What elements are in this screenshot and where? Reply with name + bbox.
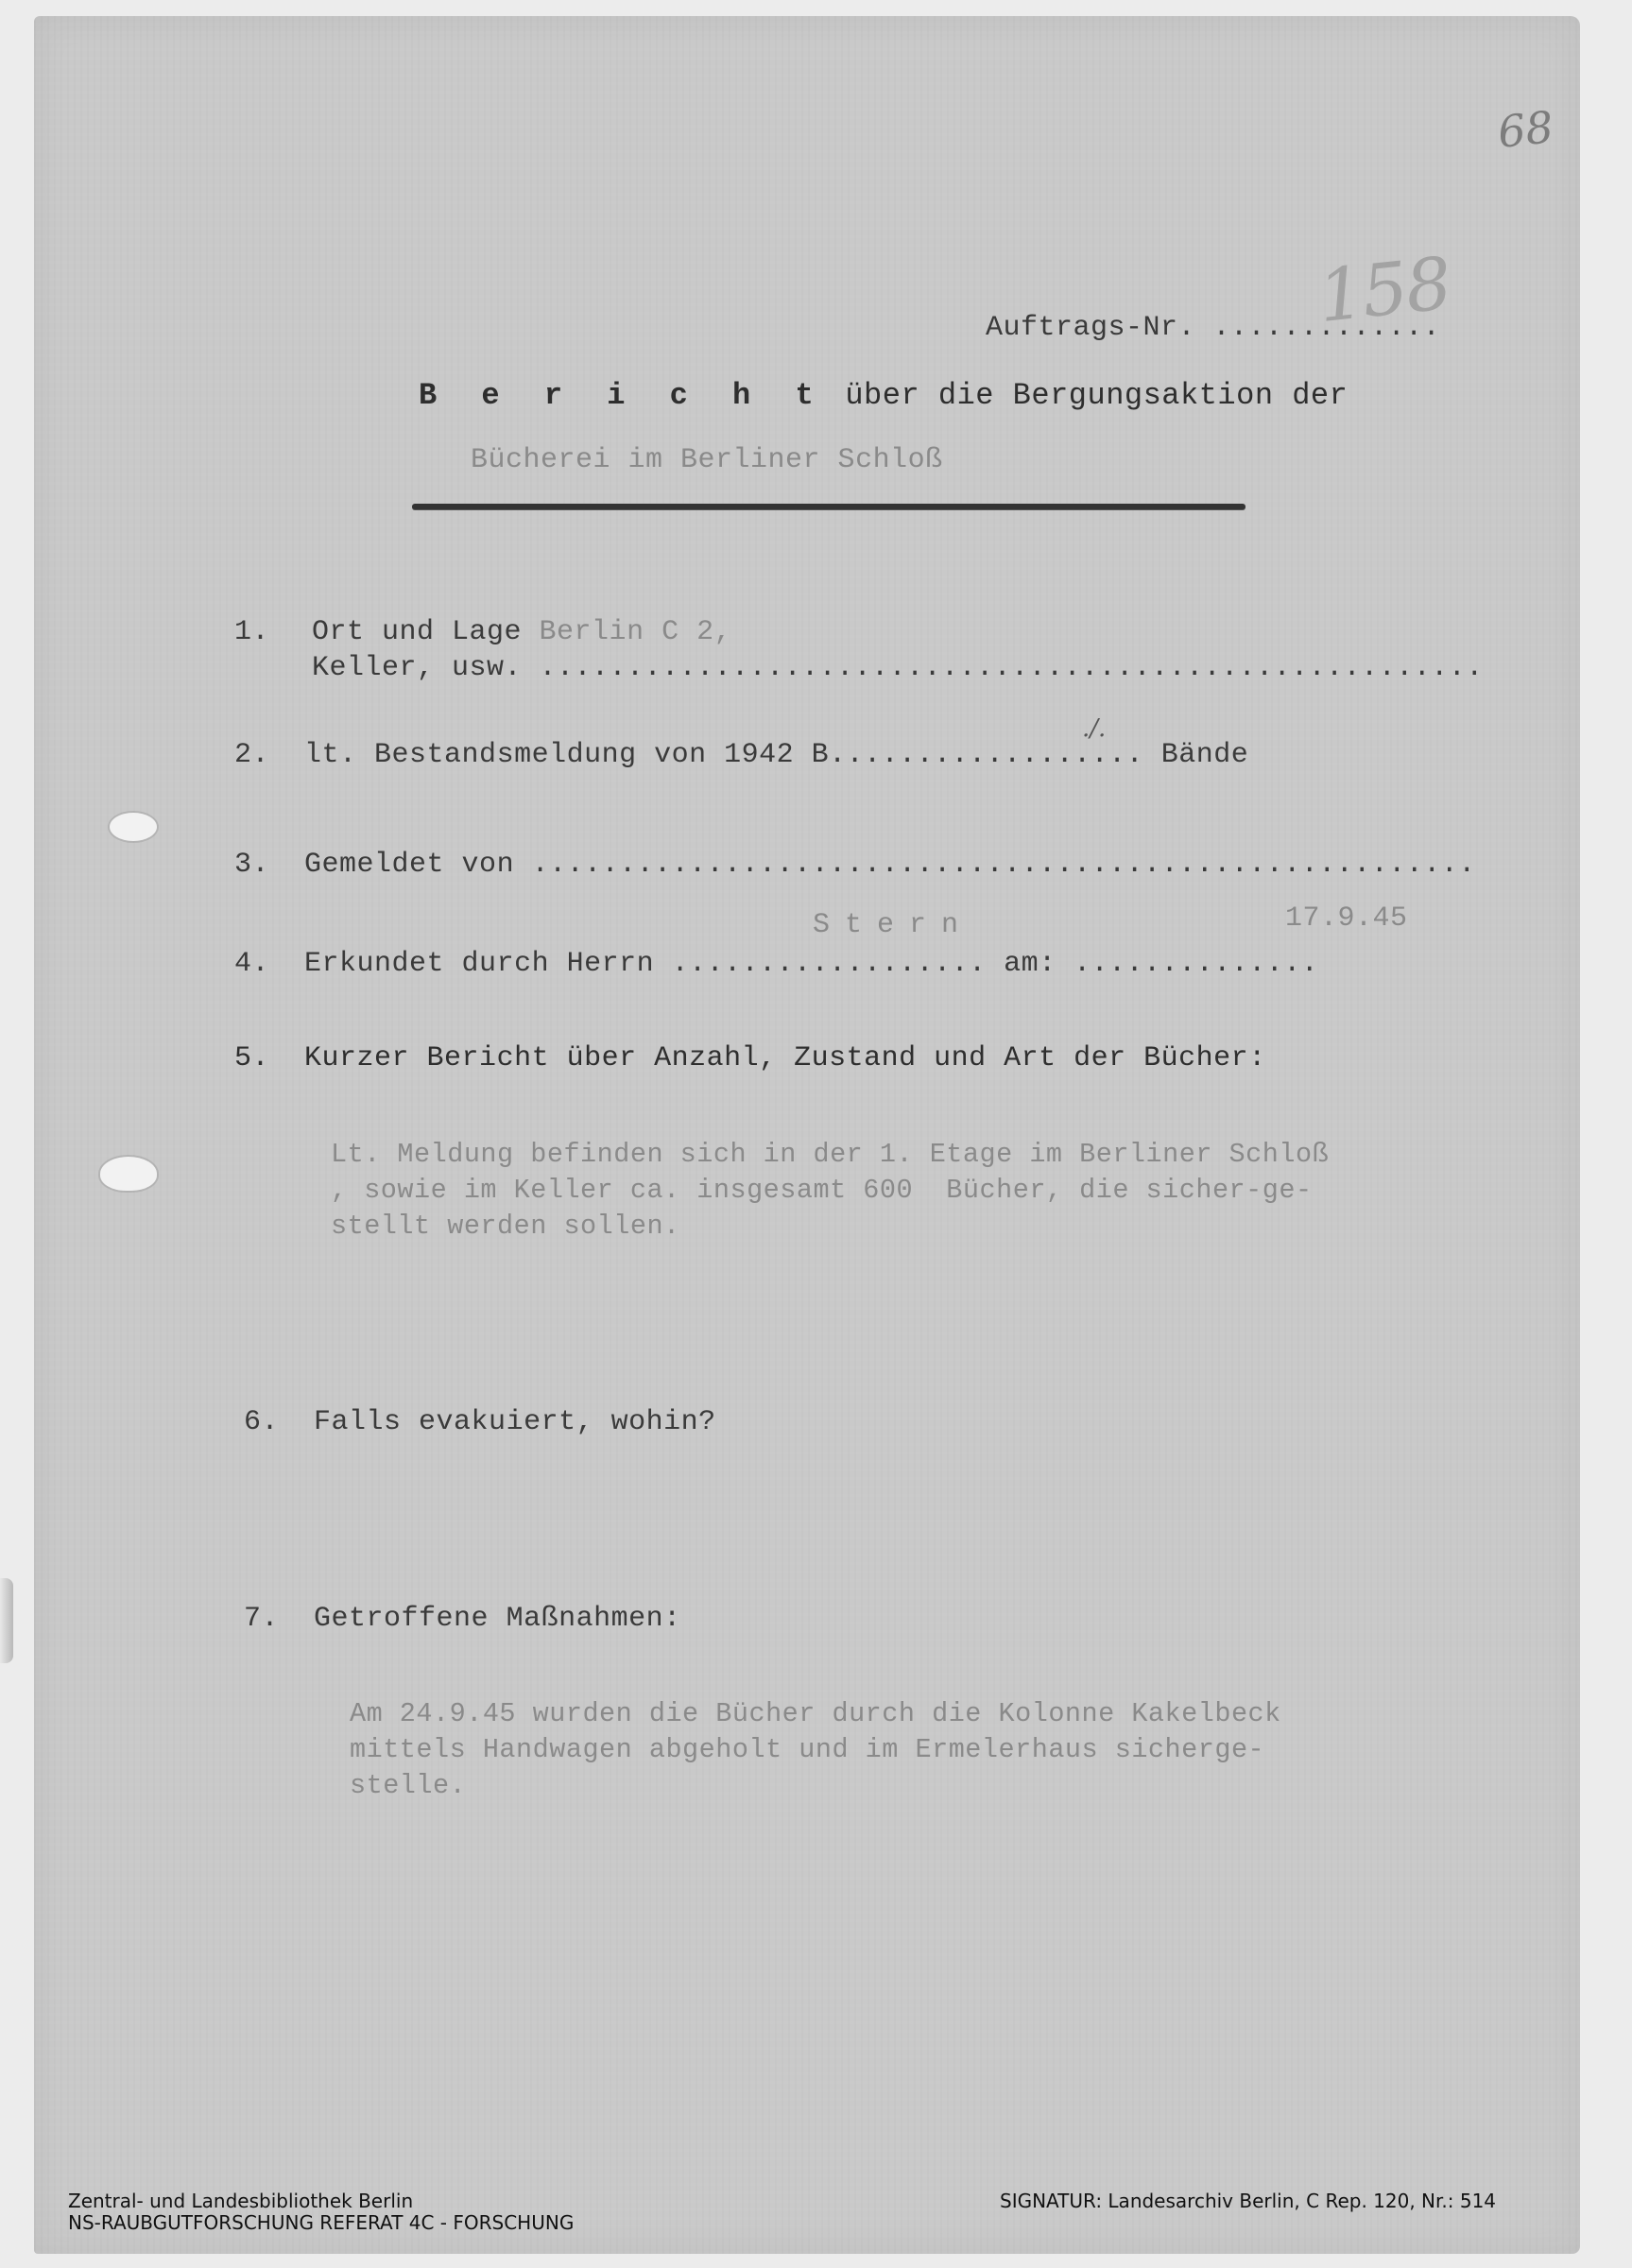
item-6: 6. Falls evakuiert, wohin?	[244, 1406, 716, 1438]
item-5-body-line: Lt. Meldung befinden sich in der 1. Etag…	[331, 1137, 1329, 1173]
item-5-body-line: , sowie im Keller ca. insgesamt 600 Büch…	[331, 1173, 1329, 1209]
item-2-label: lt. Bestandsmeldung von 1942 B	[304, 739, 829, 771]
page-edge-mark	[0, 1578, 13, 1663]
item-7-body-line: mittels Handwagen abgeholt und im Ermele…	[350, 1732, 1281, 1768]
item-4-fill: ..................	[672, 948, 987, 980]
item-2-fill: ..................	[829, 739, 1143, 771]
item-6-number: 6.	[244, 1406, 279, 1438]
footer-department: NS-RAUBGUTFORSCHUNG REFERAT 4C - FORSCHU…	[68, 2212, 574, 2234]
item-2-suffix: Bände	[1143, 739, 1248, 771]
item-5: 5. Kurzer Bericht über Anzahl, Zustand u…	[234, 1042, 1266, 1074]
item-3-label: Gemeldet von	[304, 849, 532, 881]
item-1-label: Ort und Lage	[312, 616, 522, 648]
item-4-value-date: 17.9.45	[1285, 902, 1408, 935]
item-3: 3. Gemeldet von ........................…	[234, 849, 1476, 881]
report-title-spaced: B e r i c h t	[419, 378, 827, 413]
item-7-body-line: Am 24.9.45 wurden die Bücher durch die K…	[350, 1696, 1281, 1732]
item-4: 4. Erkundet durch Herrn ................…	[234, 948, 1318, 980]
item-7-number: 7.	[244, 1603, 279, 1635]
item-5-body-line: stellt werden sollen.	[331, 1209, 1329, 1245]
item-1-fill: ........................................…	[540, 652, 1484, 684]
footer-institution: Zentral- und Landesbibliothek BerlinNS-R…	[68, 2191, 574, 2234]
item-1-line-2: Keller, usw. ...........................…	[312, 652, 1484, 684]
item-4-date-fill: ..............	[1074, 948, 1318, 980]
item-3-fill: ........................................…	[532, 849, 1476, 881]
item-4-label: Erkundet durch Herrn	[304, 948, 672, 980]
report-title: B e r i c h t über die Bergungsaktion de…	[419, 378, 1348, 413]
scanned-document-page	[34, 16, 1580, 2254]
item-7: 7. Getroffene Maßnahmen:	[244, 1603, 681, 1635]
item-2: 2. lt. Bestandsmeldung von 1942 B.......…	[234, 739, 1248, 771]
item-6-label: Falls evakuiert, wohin?	[314, 1406, 716, 1438]
item-7-body-line: stelle.	[350, 1768, 1281, 1804]
item-5-label: Kurzer Bericht über Anzahl, Zustand und …	[304, 1042, 1266, 1074]
item-7-label: Getroffene Maßnahmen:	[314, 1603, 681, 1635]
item-3-number: 3.	[234, 849, 269, 881]
report-subtitle: Bücherei im Berliner Schloß	[471, 444, 943, 476]
item-5-number: 5.	[234, 1042, 269, 1074]
item-1-line-1: Ort und Lage Berlin C 2,	[312, 616, 731, 648]
item-5-body: Lt. Meldung befinden sich in der 1. Etag…	[331, 1137, 1329, 1245]
footer-institution-name: Zentral- und Landesbibliothek Berlin	[68, 2191, 574, 2212]
punch-hole	[110, 813, 157, 841]
item-7-body: Am 24.9.45 wurden die Bücher durch die K…	[350, 1696, 1281, 1804]
item-4-number: 4.	[234, 948, 269, 980]
item-1-label-line-2: Keller, usw.	[312, 652, 540, 684]
report-title-rest: über die Bergungsaktion der	[827, 378, 1349, 413]
punch-hole	[100, 1157, 157, 1191]
item-4-date-label: am:	[987, 948, 1074, 980]
handwritten-page-number: 68	[1495, 101, 1555, 158]
item-1-number: 1.	[234, 616, 269, 648]
item-4-value-name: Stern	[813, 909, 973, 941]
item-1-value: Berlin C 2,	[522, 616, 731, 648]
item-2-number: 2.	[234, 739, 269, 771]
title-underline	[412, 504, 1245, 509]
footer-signature: SIGNATUR: Landesarchiv Berlin, C Rep. 12…	[1000, 2191, 1496, 2212]
order-number-label: Auftrags-Nr. .............	[986, 312, 1440, 344]
